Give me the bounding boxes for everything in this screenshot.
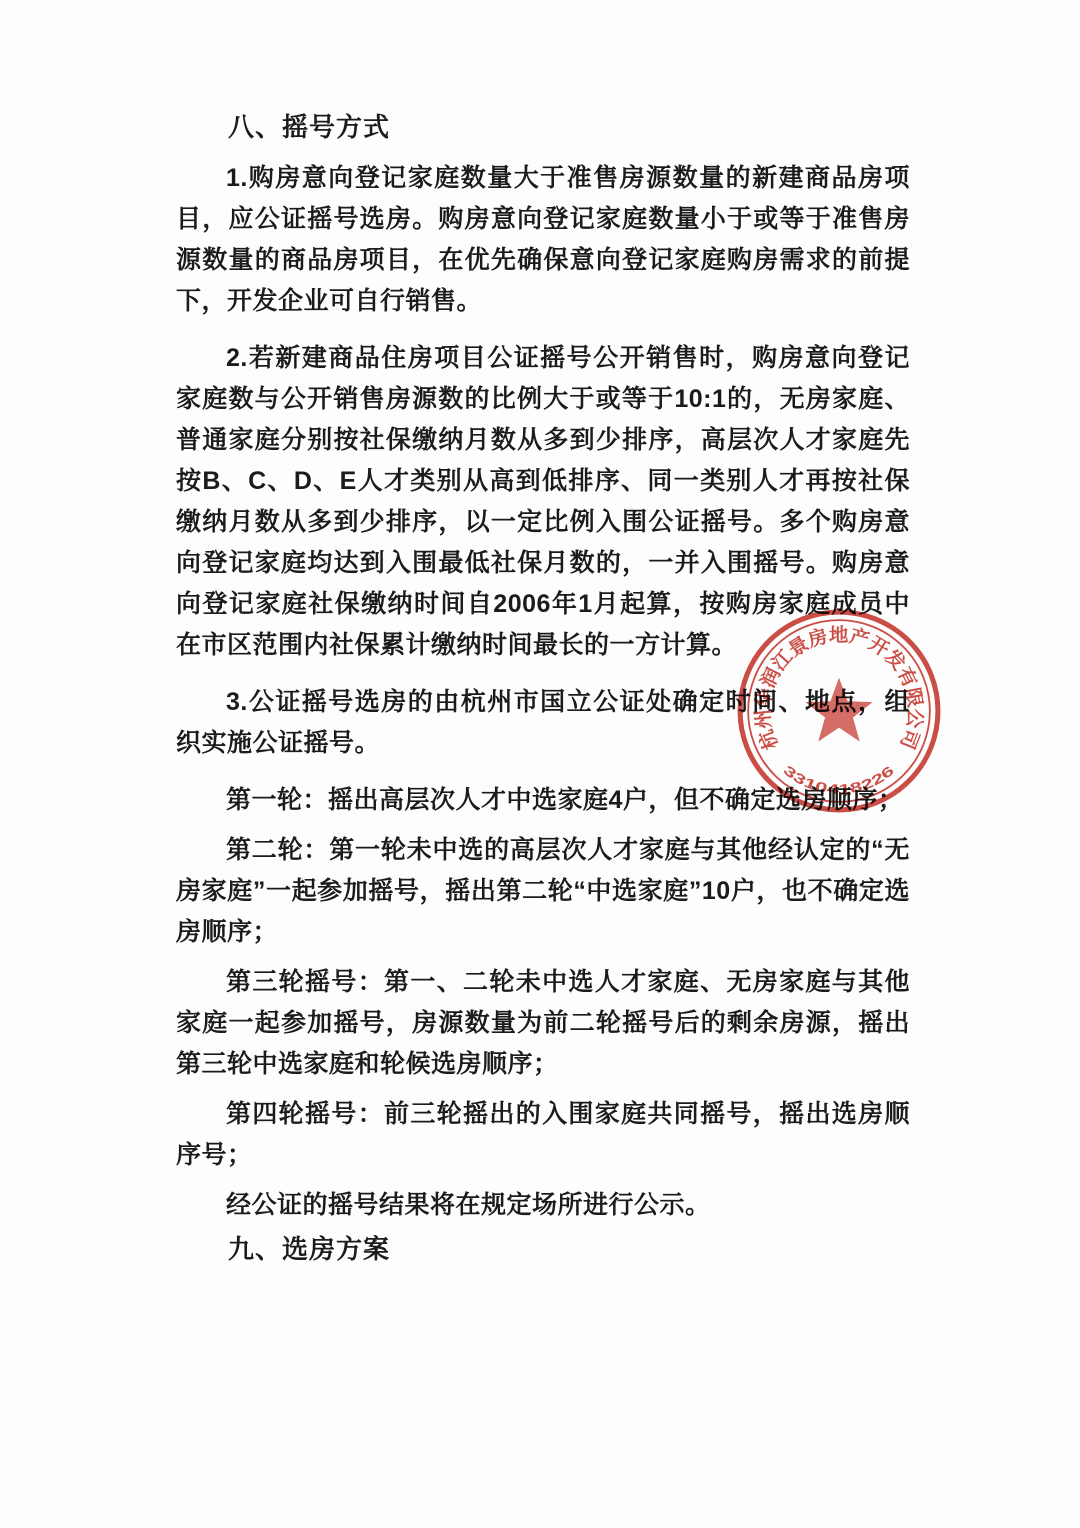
- paragraph-round-1: 第一轮：摇出高层次人才中选家庭4户，但不确定选房顺序；: [176, 780, 910, 821]
- section-heading-lottery-method: 八、摇号方式: [176, 106, 910, 148]
- paragraph-round-4: 第四轮摇号：前三轮摇出的入围家庭共同摇号，摇出选房顺序号；: [176, 1094, 910, 1176]
- paragraph-ratio-sorting-rule: 2.若新建商品住房项目公证摇号公开销售时，购房意向登记家庭数与公开销售房源数的比…: [176, 338, 910, 666]
- paragraph-round-3: 第三轮摇号：第一、二轮未中选人才家庭、无房家庭与其他家庭一起参加摇号，房源数量为…: [176, 962, 910, 1085]
- scanned-document-page: 八、摇号方式 1.购房意向登记家庭数量大于准售房源数量的新建商品房项目，应公证摇…: [0, 0, 1080, 1528]
- paragraph-registration-rule: 1.购房意向登记家庭数量大于准售房源数量的新建商品房项目，应公证摇号选房。购房意…: [176, 158, 910, 322]
- section-heading-selection-plan: 九、选房方案: [176, 1228, 910, 1270]
- document-body: 八、摇号方式 1.购房意向登记家庭数量大于准售房源数量的新建商品房项目，应公证摇…: [176, 106, 910, 1270]
- paragraph-publicity-note: 经公证的摇号结果将在规定场所进行公示。: [176, 1185, 910, 1226]
- paragraph-notary-office: 3.公证摇号选房的由杭州市国立公证处确定时间、地点，组织实施公证摇号。: [176, 682, 910, 764]
- paragraph-round-2: 第二轮：第一轮未中选的高层次人才家庭与其他经认定的“无房家庭”一起参加摇号，摇出…: [176, 830, 910, 953]
